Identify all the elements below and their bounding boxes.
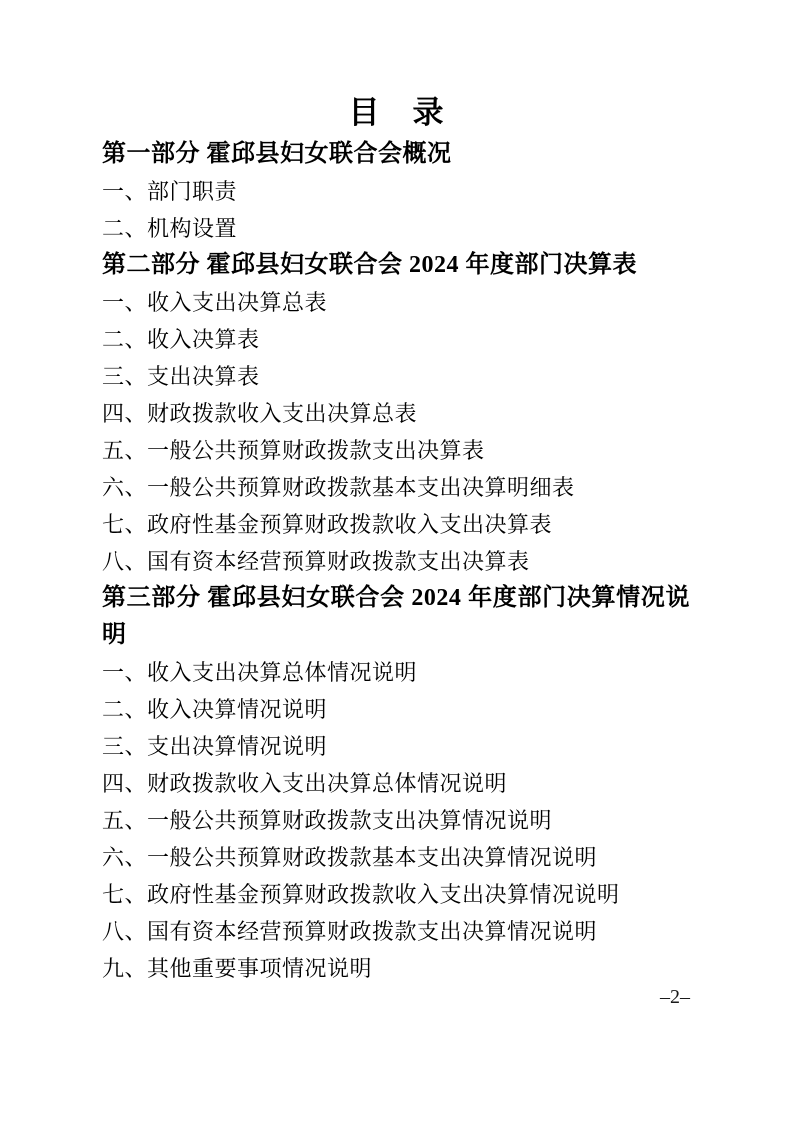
toc-content: 第一部分 霍邱县妇女联合会概况 一、部门职责 二、机构设置 第二部分 霍邱县妇女… — [102, 136, 690, 987]
toc-entry: 八、国有资本经营预算财政拨款支出决算表 — [102, 543, 690, 580]
toc-entry: 七、政府性基金预算财政拨款收入支出决算表 — [102, 506, 690, 543]
toc-entry: 一、部门职责 — [102, 173, 690, 210]
section-1-heading: 第一部分 霍邱县妇女联合会概况 — [102, 136, 690, 173]
section-2-heading: 第二部分 霍邱县妇女联合会 2024 年度部门决算表 — [102, 247, 690, 284]
toc-entry: 四、财政拨款收入支出决算总表 — [102, 395, 690, 432]
toc-entry: 二、机构设置 — [102, 210, 690, 247]
toc-entry: 三、支出决算表 — [102, 358, 690, 395]
toc-entry: 一、收入支出决算总体情况说明 — [102, 654, 690, 691]
toc-entry: 二、收入决算表 — [102, 321, 690, 358]
page-number: –2– — [660, 984, 690, 1010]
document-page: 目 录 第一部分 霍邱县妇女联合会概况 一、部门职责 二、机构设置 第二部分 霍… — [0, 0, 793, 1122]
toc-entry: 九、其他重要事项情况说明 — [102, 950, 690, 987]
toc-entry: 八、国有资本经营预算财政拨款支出决算情况说明 — [102, 913, 690, 950]
toc-entry: 六、一般公共预算财政拨款基本支出决算明细表 — [102, 469, 690, 506]
toc-entry: 二、收入决算情况说明 — [102, 691, 690, 728]
toc-entry: 五、一般公共预算财政拨款支出决算情况说明 — [102, 802, 690, 839]
toc-entry: 三、支出决算情况说明 — [102, 728, 690, 765]
toc-entry: 一、收入支出决算总表 — [102, 284, 690, 321]
toc-entry: 五、一般公共预算财政拨款支出决算表 — [102, 432, 690, 469]
toc-entry: 四、财政拨款收入支出决算总体情况说明 — [102, 765, 690, 802]
toc-entry: 七、政府性基金预算财政拨款收入支出决算情况说明 — [102, 876, 690, 913]
section-3-heading: 第三部分 霍邱县妇女联合会 2024 年度部门决算情况说明 — [102, 580, 690, 654]
page-title: 目 录 — [0, 92, 793, 134]
toc-entry: 六、一般公共预算财政拨款基本支出决算情况说明 — [102, 839, 690, 876]
